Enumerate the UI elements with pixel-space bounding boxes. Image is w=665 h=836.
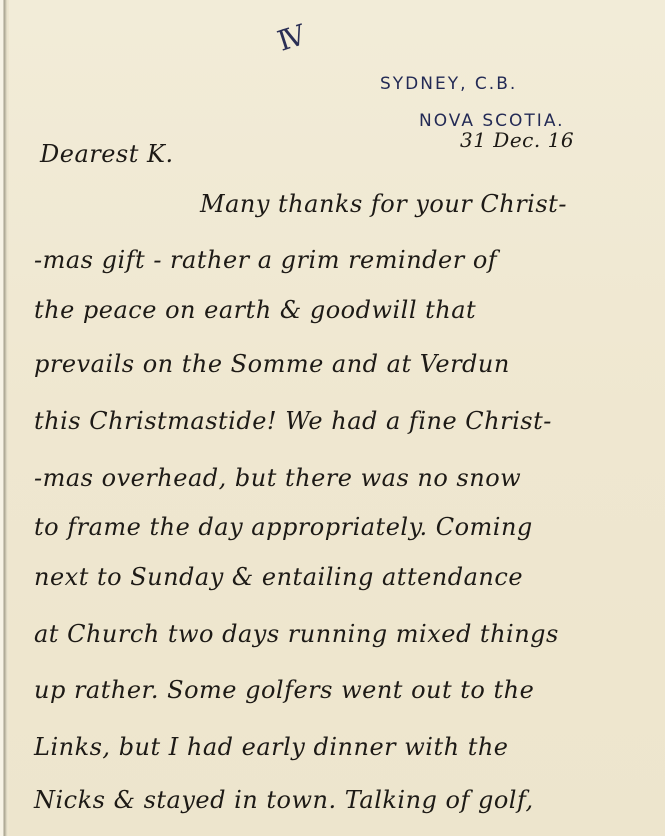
letter-date: 31 Dec. 16: [460, 128, 574, 152]
body-line: this Christmastide! We had a fine Christ…: [34, 407, 552, 435]
body-line: Links, but I had early dinner with the: [34, 733, 509, 761]
body-line: prevails on the Somme and at Verdun: [34, 350, 510, 378]
letter-page: IV SYDNEY, C.B. NOVA SCOTIA. 31 Dec. 16 …: [0, 0, 665, 836]
body-line: Many thanks for your Christ-: [200, 190, 567, 218]
body-line: up rather. Some golfers went out to the: [34, 676, 534, 704]
letterhead-city: SYDNEY, C.B.: [380, 74, 517, 94]
body-line: to frame the day appropriately. Coming: [34, 513, 533, 541]
body-line: at Church two days running mixed things: [34, 620, 559, 648]
body-line: Nicks & stayed in town. Talking of golf,: [34, 786, 534, 814]
paper-edge: [0, 0, 9, 836]
body-line: -mas overhead, but there was no snow: [34, 464, 521, 492]
body-line: the peace on earth & goodwill that: [34, 296, 476, 324]
body-line: -mas gift - rather a grim reminder of: [34, 246, 497, 274]
archive-mark: IV: [273, 19, 305, 58]
body-line: next to Sunday & entailing attendance: [34, 563, 523, 591]
salutation: Dearest K.: [40, 140, 174, 168]
